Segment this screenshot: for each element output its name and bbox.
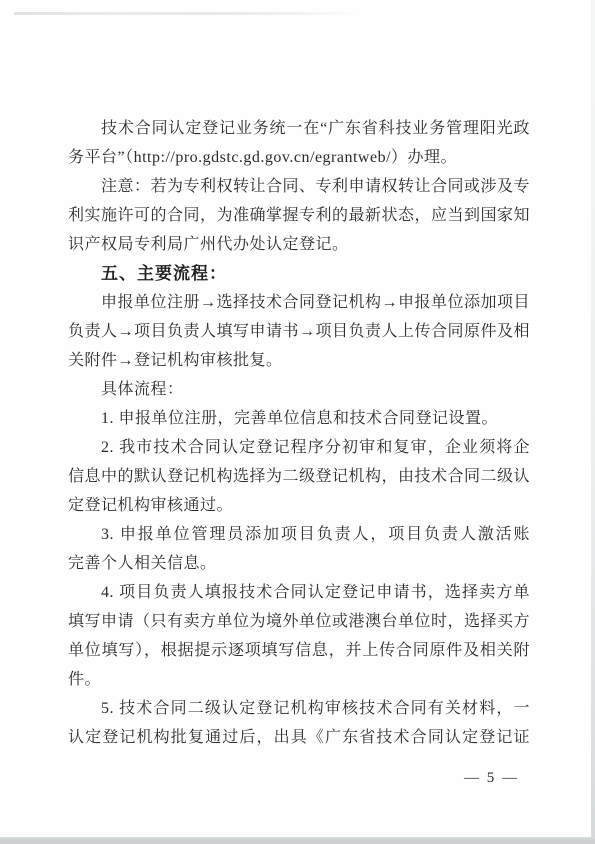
text-line: 务平台”（http://pro.gdstc.gd.gov.cn/egrantwe… [68, 143, 530, 172]
text-line: 单位填写），根据提示逐项填写信息，并上传合同原件及相关附 [68, 636, 530, 665]
text-line: 件。 [68, 665, 530, 694]
text-line: 5. 技术合同二级认定登记机构审核技术合同有关材料，一级 [68, 694, 530, 723]
text-line: 定登记机构审核通过。 [68, 491, 530, 520]
text-line: 利实施许可的合同，为准确掌握专利的最新状态，应当到国家知 [68, 201, 530, 230]
scan-artifact-top-smudge [14, 12, 360, 15]
paragraph-patent-notice: 注意：若为专利权转让合同、专利申请权转让合同或涉及专利实施许可的合同，为准确掌握… [68, 172, 530, 259]
text-line: 技术合同认定登记业务统一在“广东省科技业务管理阳光政 [68, 114, 530, 143]
text-line: 完善个人相关信息。 [68, 549, 530, 578]
scan-artifact-right-edge [591, 0, 595, 844]
document-body: 技术合同认定登记业务统一在“广东省科技业务管理阳光政务平台”（http://pr… [68, 114, 530, 752]
paragraph-platform-info: 技术合同认定登记业务统一在“广东省科技业务管理阳光政务平台”（http://pr… [68, 114, 530, 172]
text-line: 认定登记机构批复通过后，出具《广东省技术合同认定登记证明》， [68, 723, 530, 752]
text-line: 2. 我市技术合同认定登记程序分初审和复审，企业须将企业 [68, 433, 530, 462]
text-line: 注意：若为专利权转让合同、专利申请权转让合同或涉及专 [68, 172, 530, 201]
text-line: 五、主要流程： [68, 259, 530, 288]
text-line: 填写申请（只有卖方单位为境外单位或港澳台单位时，选择买方 [68, 607, 530, 636]
scan-artifact-bottom-edge [0, 837, 595, 844]
paragraph-main-flow-overview: 申报单位注册→选择技术合同登记机构→申报单位添加项目负责人→项目负责人填写申请书… [68, 288, 530, 375]
paragraph-step-3: 3. 申报单位管理员添加项目负责人，项目负责人激活账号，完善个人相关信息。 [68, 520, 530, 578]
text-line: 关附件→登记机构审核批复。 [68, 346, 530, 375]
paragraph-step-2: 2. 我市技术合同认定登记程序分初审和复审，企业须将企业信息中的默认登记机构选择… [68, 433, 530, 520]
page-number: — 5 — [464, 770, 519, 787]
paragraph-step-1: 1. 申报单位注册，完善单位信息和技术合同登记设置。 [68, 404, 530, 433]
paragraph-step-4: 4. 项目负责人填报技术合同认定登记申请书，选择卖方单位填写申请（只有卖方单位为… [68, 578, 530, 694]
text-line: 信息中的默认登记机构选择为二级登记机构，由技术合同二级认 [68, 462, 530, 491]
text-line: 4. 项目负责人填报技术合同认定登记申请书，选择卖方单位 [68, 578, 530, 607]
paragraph-section-heading-main-flow: 五、主要流程： [68, 259, 530, 288]
document-page: 技术合同认定登记业务统一在“广东省科技业务管理阳光政务平台”（http://pr… [0, 0, 595, 844]
paragraph-step-5: 5. 技术合同二级认定登记机构审核技术合同有关材料，一级认定登记机构批复通过后，… [68, 694, 530, 752]
text-line: 1. 申报单位注册，完善单位信息和技术合同登记设置。 [68, 404, 530, 433]
text-line: 识产权局专利局广州代办处认定登记。 [68, 230, 530, 259]
text-line: 3. 申报单位管理员添加项目负责人，项目负责人激活账号， [68, 520, 530, 549]
text-line: 申报单位注册→选择技术合同登记机构→申报单位添加项目 [68, 288, 530, 317]
paragraph-detail-flow-label: 具体流程： [68, 375, 530, 404]
text-line: 负责人→项目负责人填写申请书→项目负责人上传合同原件及相 [68, 317, 530, 346]
text-line: 具体流程： [68, 375, 530, 404]
